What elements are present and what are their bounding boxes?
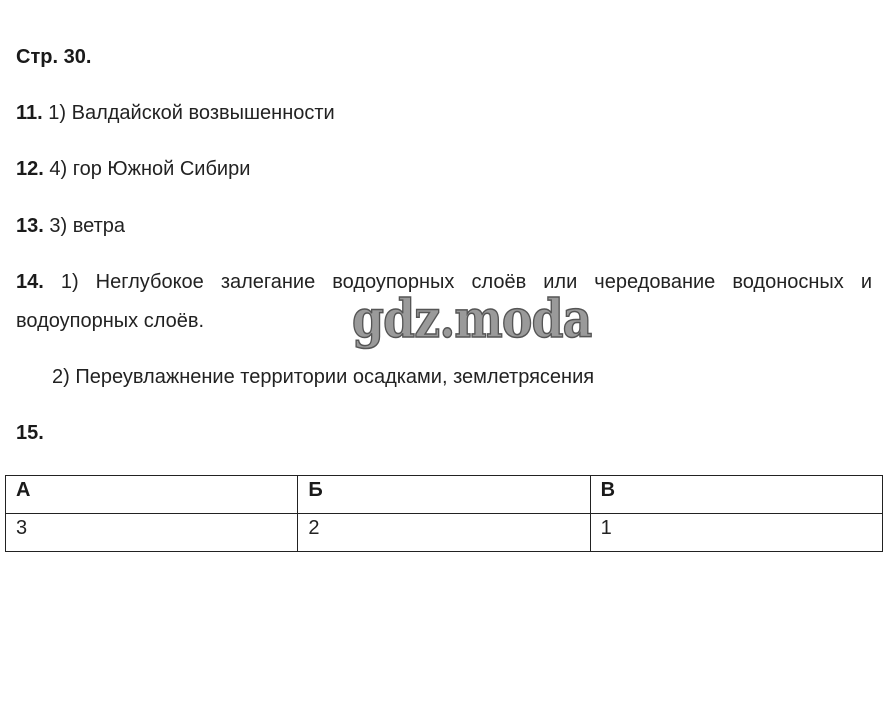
- table-header-cell: А: [6, 476, 298, 514]
- table-cell: 2: [298, 514, 590, 552]
- answer-14-point2: 2) Переувлажнение территории осадками, з…: [52, 365, 594, 389]
- page-heading: Стр. 30.: [16, 45, 91, 69]
- answer-number: 15.: [16, 422, 44, 444]
- answer-table: А Б В 3 2 1: [5, 475, 883, 552]
- answer-text: 3) ветра: [49, 215, 125, 237]
- answer-13: 13. 3) ветра: [16, 214, 125, 238]
- table-cell: 1: [590, 514, 882, 552]
- answer-text: 1) Валдайской возвышенности: [48, 102, 334, 124]
- answer-15: 15.: [16, 421, 44, 445]
- table-cell: 3: [6, 514, 298, 552]
- answer-text: 4) гор Южной Сибири: [49, 158, 250, 180]
- answer-14-line2: водоупорных слоёв.: [16, 309, 204, 333]
- table-header-row: А Б В: [6, 476, 883, 514]
- answer-11: 11. 1) Валдайской возвышенности: [16, 101, 335, 125]
- answer-number: 12.: [16, 158, 44, 180]
- table-header-cell: Б: [298, 476, 590, 514]
- answer-number: 14.: [16, 271, 44, 293]
- table-header-cell: В: [590, 476, 882, 514]
- watermark: gdz.moda: [352, 292, 591, 348]
- answer-number: 13.: [16, 215, 44, 237]
- answer-number: 11.: [16, 102, 43, 124]
- table-row: 3 2 1: [6, 514, 883, 552]
- answer-12: 12. 4) гор Южной Сибири: [16, 157, 250, 181]
